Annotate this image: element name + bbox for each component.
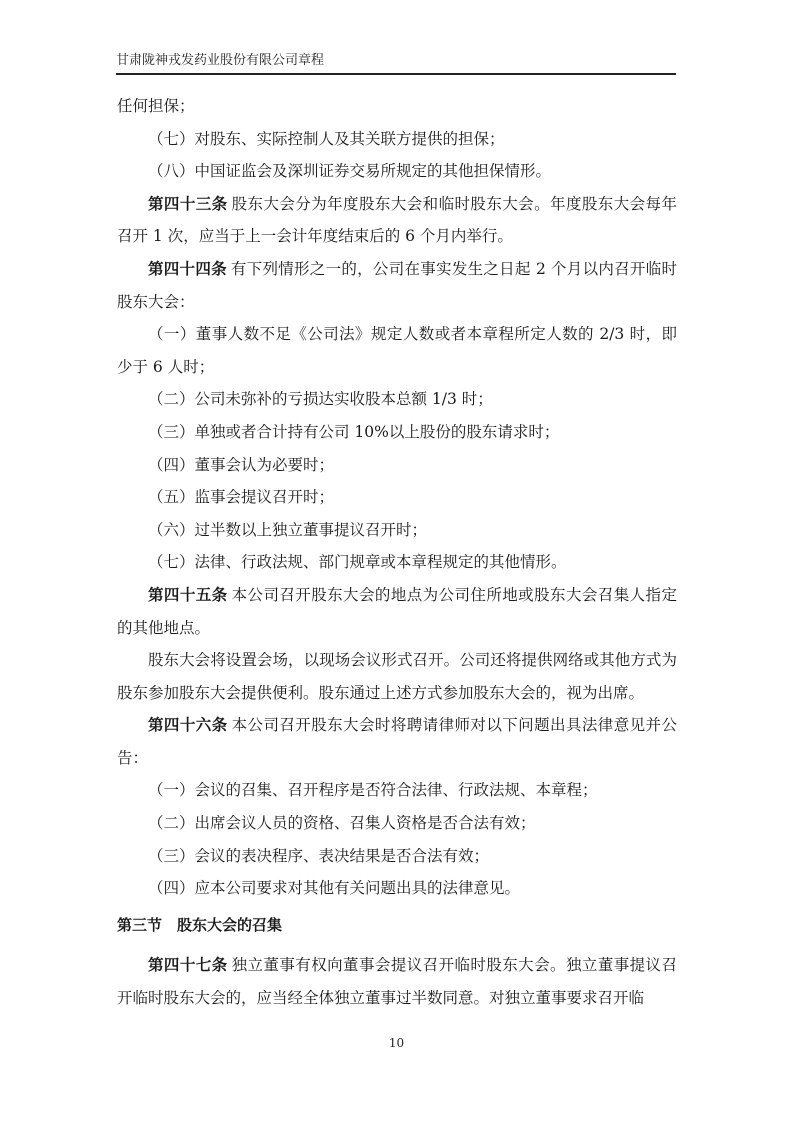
article-46: 第四十六条本公司召开股东大会时将聘请律师对以下问题出具法律意见并公告： [117,709,677,774]
section-heading: 第三节 股东大会的召集 [117,909,677,942]
list-item: （三）会议的表决程序、表决结果是否合法有效； [117,840,677,873]
article-label: 第四十三条 [148,194,228,213]
paragraph-text: 任何担保； [117,97,195,115]
running-header: 甘肃陇神戎发药业股份有限公司章程 [116,52,676,70]
article-43: 第四十三条股东大会分为年度股东大会和临时股东大会。年度股东大会每年召开 1 次，… [117,188,677,253]
paragraph-text: （七）对股东、实际控制人及其关联方提供的担保； [148,130,505,148]
list-item: （六）过半数以上独立董事提议召开时； [117,514,677,547]
page-number: 10 [0,1036,793,1050]
document-body: 任何担保； （七）对股东、实际控制人及其关联方提供的担保； （八）中国证监会及深… [117,90,677,1015]
paragraph-text: （二）出席会议人员的资格、召集人资格是否合法有效； [148,814,536,832]
list-item: （一）会议的召集、召开程序是否符合法律、行政法规、本章程； [117,774,677,807]
paragraph-text: （八）中国证监会及深圳证券交易所规定的其他担保情形。 [148,162,551,180]
list-item: （一）董事人数不足《公司法》规定人数或者本章程所定人数的 2/3 时，即少于 6… [117,318,677,383]
article-44: 第四十四条有下列情形之一的，公司在事实发生之日起 2 个月以内召开临时股东大会： [117,253,677,318]
article-label: 第四十七条 [148,955,228,974]
article-label: 第四十四条 [148,259,227,278]
paragraph: 股东大会将设置会场，以现场会议形式召开。公司还将提供网络或其他方式为股东参加股东… [117,644,677,709]
paragraph-text: （三）单独或者合计持有公司 10%以上股份的股东请求时； [148,423,559,441]
list-item: （三）单独或者合计持有公司 10%以上股份的股东请求时； [117,416,677,449]
list-item: （七）对股东、实际控制人及其关联方提供的担保； [117,123,677,156]
paragraph-text: （一）董事人数不足《公司法》规定人数或者本章程所定人数的 2/3 时，即少于 6… [117,325,677,376]
article-label: 第四十五条 [148,585,228,604]
list-item: （四）董事会认为必要时； [117,449,677,482]
list-item: （八）中国证监会及深圳证券交易所规定的其他担保情形。 [117,155,677,188]
paragraph-text: （五）监事会提议召开时； [148,488,334,506]
list-item: （四）应本公司要求对其他有关问题出具的法律意见。 [117,872,677,905]
paragraph-continuation: 任何担保； [117,90,677,123]
paragraph-text: （七）法律、行政法规、部门规章或本章程规定的其他情形。 [148,553,567,571]
article-45: 第四十五条本公司召开股东大会的地点为公司住所地或股东大会召集人指定的其他地点。 [117,579,677,644]
list-item: （二）出席会议人员的资格、召集人资格是否合法有效； [117,807,677,840]
list-item: （五）监事会提议召开时； [117,481,677,514]
paragraph-text: 股东大会将设置会场，以现场会议形式召开。公司还将提供网络或其他方式为股东参加股东… [117,651,677,702]
paragraph-text: （三）会议的表决程序、表决结果是否合法有效； [148,847,489,865]
article-47: 第四十七条独立董事有权向董事会提议召开临时股东大会。独立董事提议召开临时股东大会… [117,949,677,1014]
paragraph-text: （四）应本公司要求对其他有关问题出具的法律意见。 [148,879,520,897]
header-rule [116,73,676,75]
article-label: 第四十六条 [148,715,228,734]
list-item: （七）法律、行政法规、部门规章或本章程规定的其他情形。 [117,546,677,579]
paragraph-text: （六）过半数以上独立董事提议召开时； [148,521,427,539]
paragraph-text: （二）公司未弥补的亏损达实收股本总额 1/3 时； [148,390,493,408]
list-item: （二）公司未弥补的亏损达实收股本总额 1/3 时； [117,383,677,416]
paragraph-text: （四）董事会认为必要时； [148,456,334,474]
paragraph-text: （一）会议的召集、召开程序是否符合法律、行政法规、本章程； [148,781,598,799]
